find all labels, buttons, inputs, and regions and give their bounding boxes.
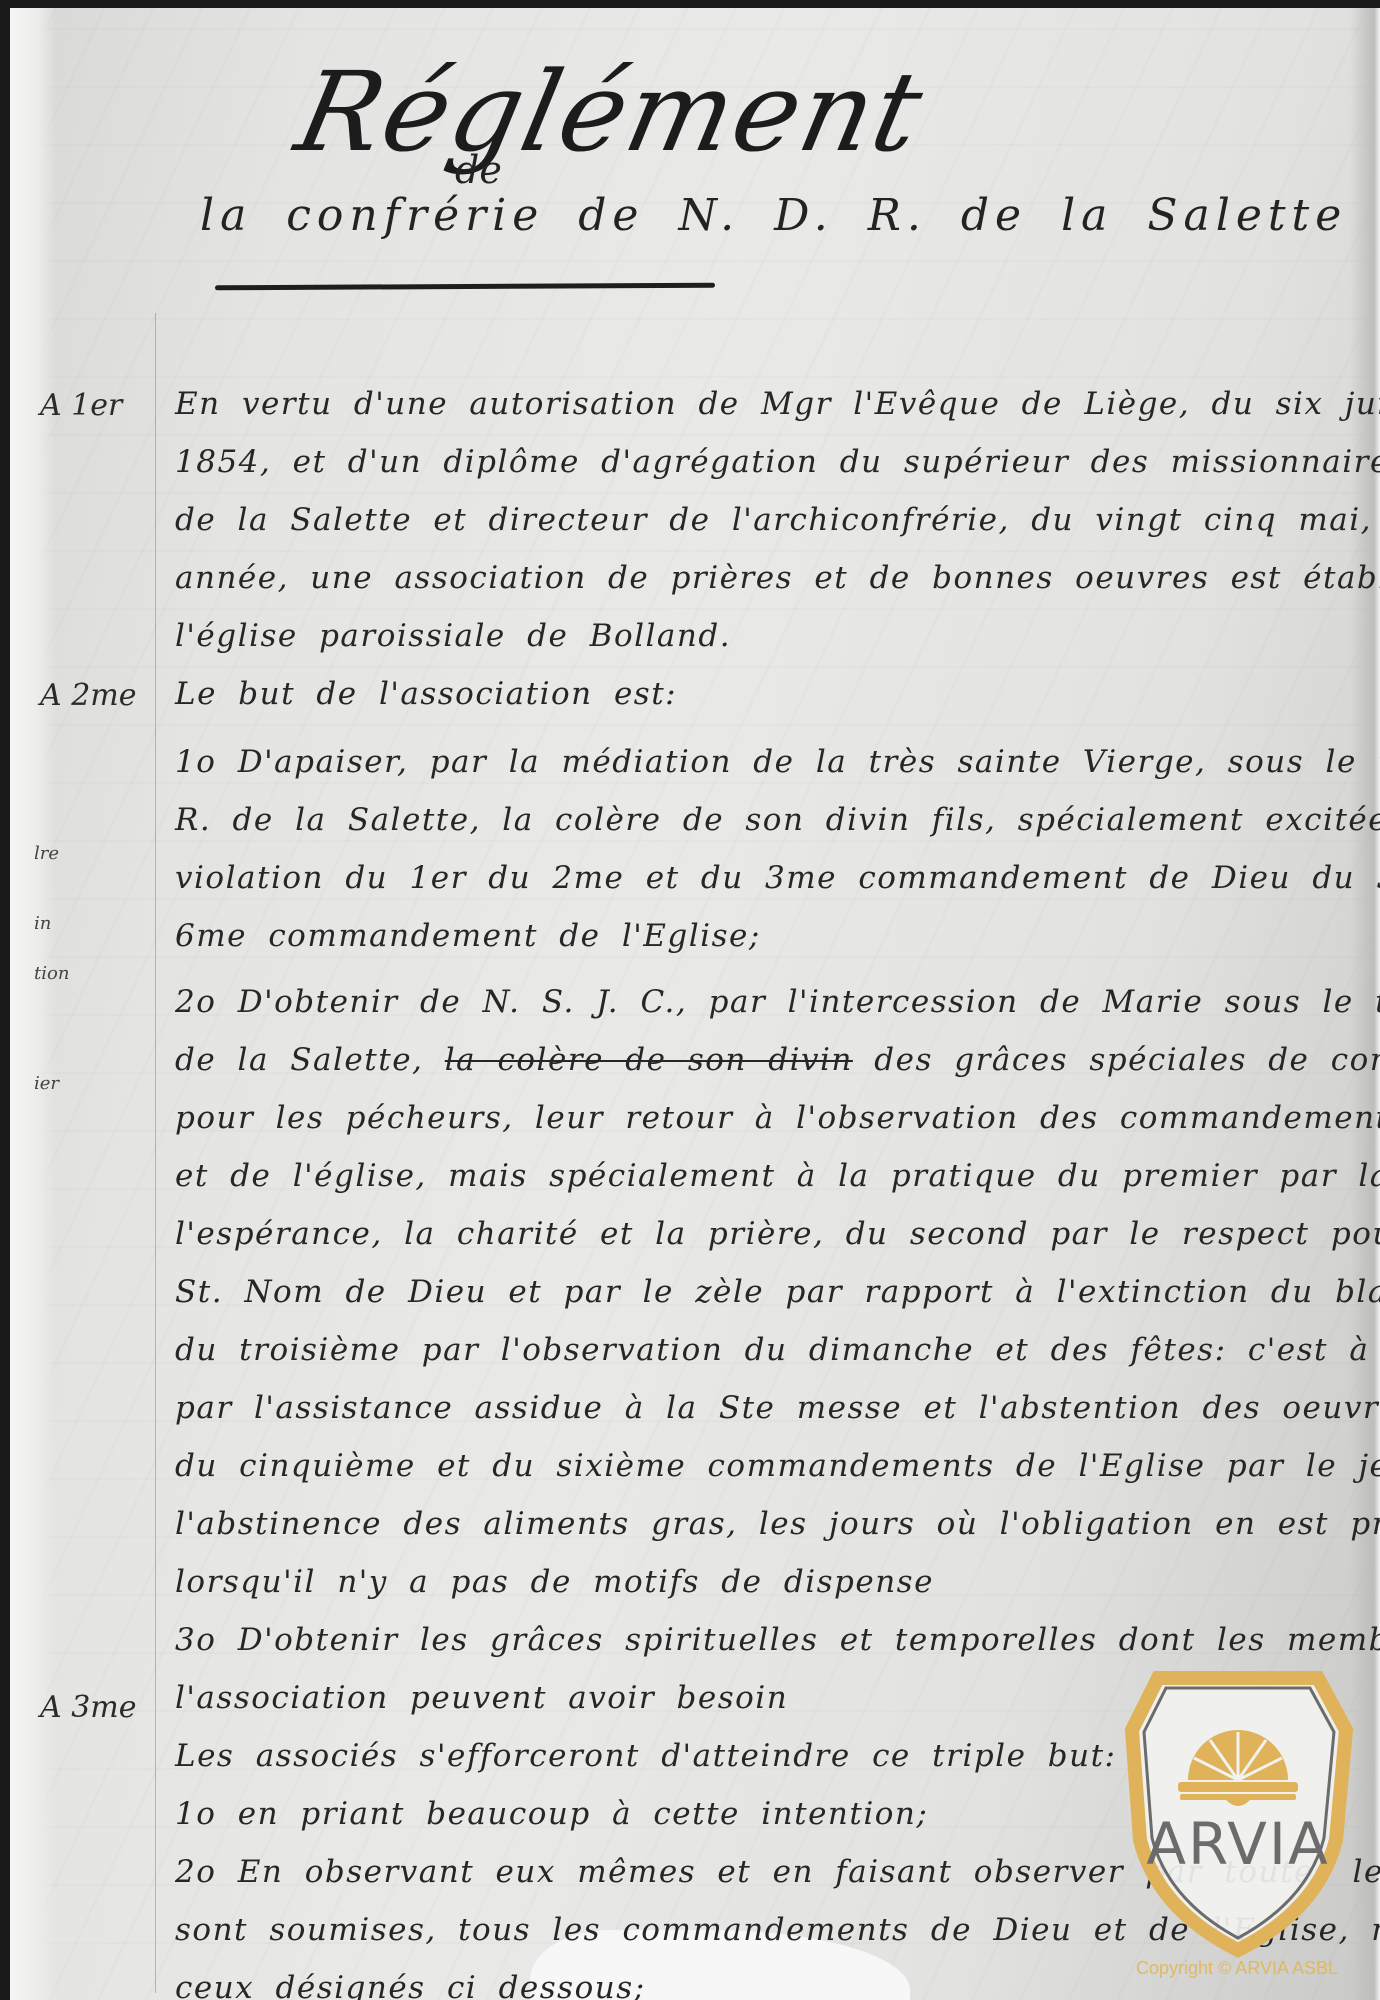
manuscript-line: de la Salette, la colère de son divin de… xyxy=(175,1042,1375,1078)
manuscript-line: l'espérance, la charité et la prière, du… xyxy=(175,1216,1375,1252)
margin-note: in xyxy=(34,913,51,934)
manuscript-line: l'abstinence des aliments gras, les jour… xyxy=(175,1506,1375,1542)
manuscript-line: 1o D'apaiser, par la médiation de la trè… xyxy=(175,744,1375,780)
manuscript-line: 2o D'obtenir de N. S. J. C., par l'inter… xyxy=(175,984,1375,1020)
manuscript-line: violation du 1er du 2me et du 3me comman… xyxy=(175,860,1375,896)
margin-note: lre xyxy=(34,843,59,864)
manuscript-line: année, une association de prières et de … xyxy=(175,560,1375,596)
margin-note: ier xyxy=(34,1073,59,1094)
line-text-continued: des grâces spéciales de conversion xyxy=(874,1042,1380,1078)
manuscript-line: R. de la Salette, la colère de son divin… xyxy=(175,802,1375,838)
manuscript-line: 1854, et d'un diplôme d'agrégation du su… xyxy=(175,444,1375,480)
manuscript-line: par l'assistance assidue à la Ste messe … xyxy=(175,1390,1375,1426)
manuscript-line: 6me commandement de l'Eglise; xyxy=(175,918,1375,954)
manuscript-line: l'église paroissiale de Bolland. xyxy=(175,618,1375,654)
margin-note: A 2me xyxy=(40,678,137,713)
manuscript-line: de la Salette et directeur de l'archicon… xyxy=(175,502,1375,538)
margin-rule xyxy=(155,313,156,1993)
manuscript-line: En vertu d'une autorisation de Mgr l'Evê… xyxy=(175,386,1375,422)
margin-note: tion xyxy=(34,963,69,984)
page-title: Réglément xyxy=(286,48,934,176)
margin-note: A 3me xyxy=(40,1690,137,1725)
manuscript-line: et de l'église, mais spécialement à la p… xyxy=(175,1158,1375,1194)
copyright-notice: Copyright © ARVIA ASBL xyxy=(1136,1958,1338,1979)
brand-name: ARVIA xyxy=(1118,1810,1358,1878)
manuscript-line: du cinquième et du sixième commandements… xyxy=(175,1448,1375,1484)
page-subtitle: la confrérie de N. D. R. de la Salette xyxy=(200,190,1347,241)
title-underline xyxy=(215,283,715,291)
subtitle-connector: de xyxy=(455,148,502,192)
manuscript-line: du troisième par l'observation du dimanc… xyxy=(175,1332,1375,1368)
manuscript-line: pour les pécheurs, leur retour à l'obser… xyxy=(175,1100,1375,1136)
manuscript-line: St. Nom de Dieu et par le zèle par rappo… xyxy=(175,1274,1375,1310)
manuscript-line: lorsqu'il n'y a pas de motifs de dispens… xyxy=(175,1564,1375,1600)
struck-through-text: la colère de son divin xyxy=(445,1042,853,1078)
manuscript-line: 3o D'obtenir les grâces spirituelles et … xyxy=(175,1622,1375,1658)
line-text: de la Salette, xyxy=(175,1042,423,1078)
arvia-watermark: ARVIA xyxy=(1118,1670,1358,1960)
manuscript-line: Le but de l'association est: xyxy=(175,676,1375,712)
margin-note: A 1er xyxy=(40,388,122,423)
